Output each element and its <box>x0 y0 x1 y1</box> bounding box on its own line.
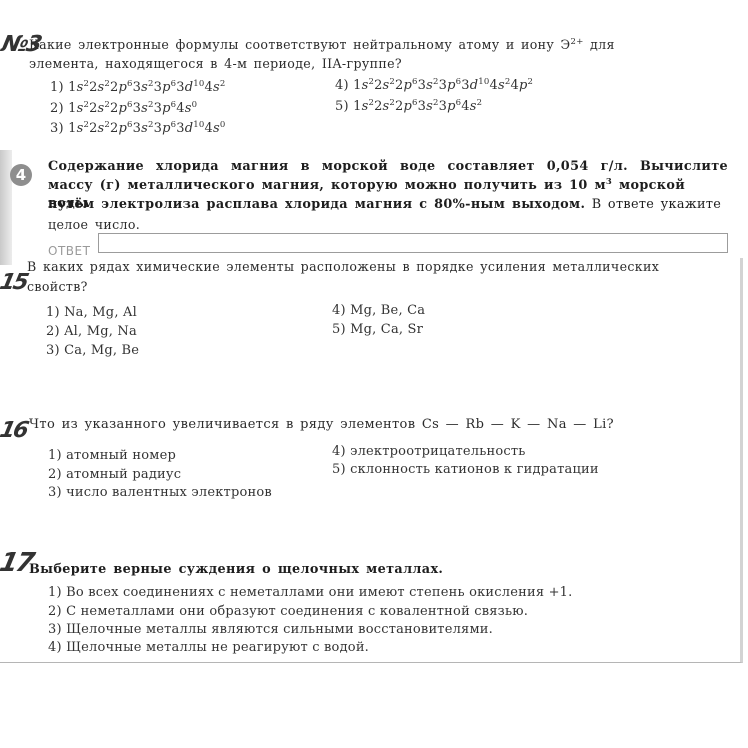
option-number: 3) <box>48 485 62 500</box>
q13-option-3[interactable]: 3) 1s22s22p63s23p63d104s0 <box>50 120 225 139</box>
q16-option-2[interactable]: 2) атомный радиус <box>48 466 181 485</box>
q13-option-4[interactable]: 4) 1s22s22p63s23p63d104s24p2 <box>335 77 533 96</box>
option-number: 3) <box>48 622 62 637</box>
option-number: 1) <box>50 80 64 95</box>
q15-option-1[interactable]: 1) Na, Mg, Al <box>46 304 137 323</box>
scanned-page: №3 Какие электронные формулы соответству… <box>0 0 748 748</box>
q16-option-5[interactable]: 5) склонность катионов к гидратации <box>332 461 599 480</box>
q16-option-1[interactable]: 1) атомный номер <box>48 447 176 466</box>
option-text: склонность катионов к гидратации <box>350 462 599 477</box>
option-text: Mg, Be, Ca <box>350 303 425 318</box>
option-number: 4) <box>48 640 62 655</box>
question-16-text: Что из указанного увеличивается в ряду э… <box>29 416 614 434</box>
handwritten-number-16: 16 <box>0 418 29 443</box>
q14-line3-bold: путём электролиза расплава хлорида магни… <box>48 197 585 212</box>
formula: 1s22s22p63s23p63d104s0 <box>68 121 225 136</box>
q15-option-3[interactable]: 3) Ca, Mg, Be <box>46 342 139 361</box>
option-text: атомный радиус <box>66 467 181 482</box>
formula: 1s22s22p63s23p63d104s24p2 <box>353 78 533 93</box>
option-number: 5) <box>332 462 346 477</box>
q13-option-5[interactable]: 5) 1s22s22p63s23p64s2 <box>335 98 482 117</box>
option-number: 3) <box>50 121 64 136</box>
option-number: 3) <box>46 343 60 358</box>
q17-option-2[interactable]: 2) С неметаллами они образуют соединения… <box>48 603 528 622</box>
option-text: Ca, Mg, Be <box>64 343 139 358</box>
option-number: 4) <box>332 303 346 318</box>
left-margin-shadow <box>0 150 12 265</box>
question-15-line2: свойств? <box>27 278 88 296</box>
option-number: 1) <box>46 305 60 320</box>
answer-label: ОТВЕТ <box>48 244 90 258</box>
q17-option-4[interactable]: 4) Щелочные металлы не реагируют с водой… <box>48 639 369 658</box>
answer-input[interactable] <box>98 233 728 253</box>
option-number: 2) <box>48 604 62 619</box>
question-13-line1-end: для <box>584 37 615 52</box>
q14-line3-normal: В ответе укажите <box>585 197 721 212</box>
handwritten-number-15: 15 <box>0 270 29 295</box>
q16-option-4[interactable]: 4) электроотрицательность <box>332 443 526 462</box>
option-text: Во всех соединениях с неметаллами они им… <box>66 585 572 600</box>
option-text: Mg, Ca, Sr <box>350 322 423 337</box>
q17-option-1[interactable]: 1) Во всех соединениях с неметаллами они… <box>48 584 572 603</box>
formula: 1s22s22p63s23p64s2 <box>353 99 482 114</box>
q13-option-1[interactable]: 1) 1s22s22p63s23p63d104s2 <box>50 79 225 98</box>
option-text: электроотрицательность <box>350 444 525 459</box>
option-number: 5) <box>335 99 349 114</box>
q17-option-3[interactable]: 3) Щелочные металлы являются сильными во… <box>48 621 493 640</box>
option-text: Щелочные металлы являются сильными восст… <box>66 622 493 637</box>
option-number: 2) <box>46 324 60 339</box>
q15-option-4[interactable]: 4) Mg, Be, Ca <box>332 302 425 321</box>
question-badge-4: 4 <box>10 164 32 186</box>
q14-line2-text: массу (г) металлического магния, которую… <box>48 178 606 193</box>
option-number: 2) <box>48 467 62 482</box>
q13-option-2[interactable]: 2) 1s22s22p63s23p64s0 <box>50 100 197 119</box>
formula: 1s22s22p63s23p63d104s2 <box>68 80 225 95</box>
ion-charge: 2+ <box>570 37 583 47</box>
formula: 1s22s22p63s23p64s0 <box>68 101 197 116</box>
option-number: 1) <box>48 448 62 463</box>
option-text: Na, Mg, Al <box>64 305 137 320</box>
option-number: 2) <box>50 101 64 116</box>
question-17-text: Выберите верные суждения о щелочных мета… <box>29 561 443 579</box>
option-text: атомный номер <box>66 448 176 463</box>
option-text: Щелочные металлы не реагируют с водой. <box>66 640 369 655</box>
option-text: С неметаллами они образуют соединения с … <box>66 604 528 619</box>
option-number: 5) <box>332 322 346 337</box>
q15-option-2[interactable]: 2) Al, Mg, Na <box>46 323 137 342</box>
q16-option-3[interactable]: 3) число валентных электронов <box>48 484 272 503</box>
question-14-line4: целое число. <box>48 216 140 234</box>
option-number: 4) <box>335 78 349 93</box>
question-15-line1: В каких рядах химические элементы распол… <box>27 258 659 276</box>
question-13-line2: элемента, находящегося в 4-м периоде, II… <box>29 55 402 73</box>
q15-option-5[interactable]: 5) Mg, Ca, Sr <box>332 321 423 340</box>
option-text: число валентных электронов <box>66 485 272 500</box>
question-13-line1: Какие электронные формулы соответствуют … <box>29 37 570 52</box>
option-number: 1) <box>48 585 62 600</box>
question-13-text: Какие электронные формулы соответствуют … <box>29 36 719 54</box>
question-14-line1: Содержание хлорида магния в морской воде… <box>48 158 728 176</box>
question-14-line3: путём электролиза расплава хлорида магни… <box>48 196 728 214</box>
option-number: 4) <box>332 444 346 459</box>
option-text: Al, Mg, Na <box>64 324 137 339</box>
